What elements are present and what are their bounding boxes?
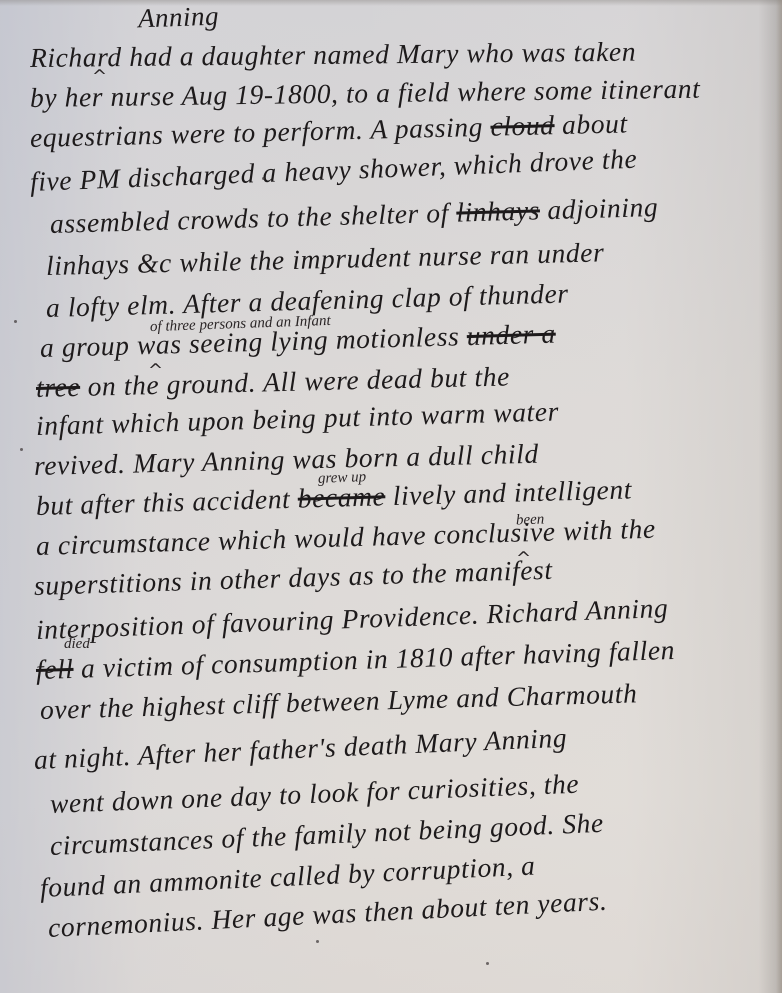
- paper-speck: [20, 448, 23, 451]
- manuscript-line: superstitions in other days as to the ma…: [33, 554, 553, 602]
- manuscript-line: at night. After her father's death Mary …: [33, 722, 567, 776]
- line-text: but after this accident: [36, 483, 299, 521]
- struck-word: cloud: [490, 109, 555, 142]
- paper-speck: [316, 940, 319, 943]
- manuscript-line: infant which upon being put into warm wa…: [36, 395, 560, 442]
- manuscript-line: Richard had a daughter named Mary who wa…: [30, 36, 636, 74]
- struck-word: under a: [466, 318, 556, 351]
- manuscript-line: assembled crowds to the shelter of linha…: [50, 191, 659, 240]
- page-heading: Anning: [137, 1, 219, 35]
- struck-word: fell: [35, 653, 73, 685]
- manuscript-line: tree on the ground. All were dead but th…: [36, 360, 511, 404]
- paper-speck: [486, 962, 489, 965]
- line-text: on the ground. All were dead but the: [80, 360, 510, 401]
- manuscript-line: revived. Mary Anning was born a dull chi…: [34, 438, 540, 482]
- manuscript-line: a circumstance which would have conclusi…: [36, 513, 657, 562]
- line-text: adjoining: [539, 191, 658, 225]
- manuscript-page: Anning Richard had a daughter named Mary…: [0, 0, 782, 993]
- line-text: about: [554, 107, 628, 140]
- struck-word: linhays: [456, 194, 540, 227]
- paper-speck: [14, 320, 17, 323]
- manuscript-line: over the highest cliff between Lyme and …: [40, 677, 638, 726]
- manuscript-line: a group was seeing lying motionless unde…: [40, 318, 557, 364]
- line-text: lively and intelligent: [385, 473, 632, 511]
- insertion-died: died: [64, 636, 90, 653]
- manuscript-line: linhays &c while the imprudent nurse ran…: [46, 236, 605, 282]
- line-text: equestrians were to perform. A passing: [30, 111, 491, 153]
- line-text: assembled crowds to the shelter of: [50, 197, 457, 239]
- paper-speck: [262, 177, 265, 180]
- struck-word: tree: [36, 371, 81, 403]
- line-text: a group was seeing lying motionless: [40, 320, 468, 363]
- struck-word: became: [297, 480, 385, 513]
